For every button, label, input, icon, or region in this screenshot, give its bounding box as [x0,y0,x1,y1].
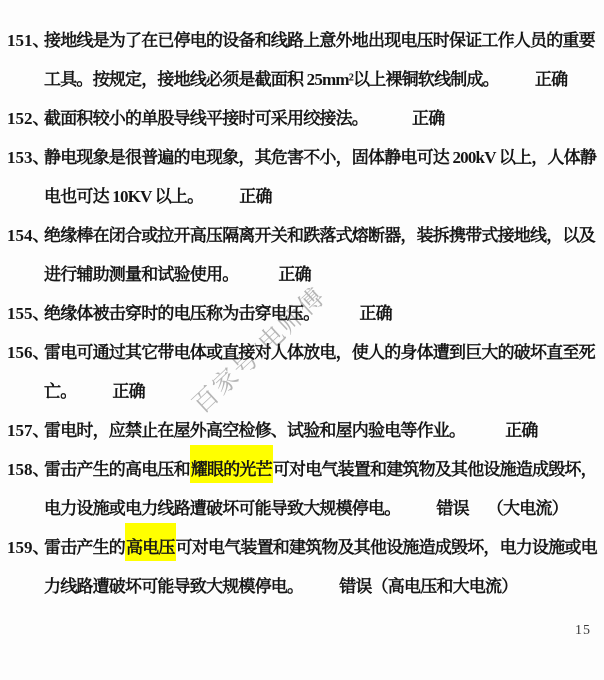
question-item: 151、接地线是为了在已停电的设备和线路上意外地出现电压时保证工作人员的重要工具… [0,21,604,99]
question-line: 154、绝缘棒在闭合或拉开高压隔离开关和跌落式熔断器，装拆携带式接地线，以及 [44,216,604,255]
question-text: 进行辅助测量和试验使用。 [44,265,238,284]
question-line: 151、接地线是为了在已停电的设备和线路上意外地出现电压时保证工作人员的重要 [44,21,604,60]
answer-text: 正确 [112,382,144,401]
question-number: 153、 [7,138,50,177]
question-text: 接地线是为了在已停电的设备和线路上意外地出现电压时保证工作人员的重要 [44,31,595,50]
answer-text: 正确 [239,187,271,206]
question-text: 可对电气装置和建筑物及其他设施造成毁坏， [273,460,597,479]
question-line: 152、截面积较小的单股导线平接时可采用绞接法。正确 [44,99,604,138]
question-text: 工具。按规定，接地线必须是截面积 25mm²以上裸铜软线制成。 [44,70,499,89]
question-text: 电力设施或电力线路遭破坏可能导致大规模停电。 [44,499,400,518]
question-text: 绝缘体被击穿时的电压称为击穿电压。 [44,304,319,323]
question-text: 雷击产生的 [44,538,125,557]
answer-text: 错误（高电压和大电流） [339,577,517,596]
answer-text: 正确 [412,109,444,128]
question-line: 153、静电现象是很普遍的电现象，其危害不小，固体静电可达 200kV 以上，人… [44,138,604,177]
question-number: 154、 [7,216,50,255]
question-number: 158、 [7,450,50,489]
question-number: 157、 [7,411,50,450]
question-item: 155、绝缘体被击穿时的电压称为击穿电压。正确 [0,294,604,333]
question-item: 153、静电现象是很普遍的电现象，其危害不小，固体静电可达 200kV 以上，人… [0,138,604,216]
answer-text: 正确 [359,304,391,323]
question-text: 静电现象是很普遍的电现象，其危害不小，固体静电可达 200kV 以上，人体静 [44,148,596,167]
question-line: 进行辅助测量和试验使用。正确 [44,255,604,294]
answer-text: 错误 [436,499,468,518]
question-item: 156、雷电可通过其它带电体或直接对人体放电，使人的身体遭到巨大的破坏直至死亡。… [0,333,604,411]
question-line: 力线路遭破坏可能导致大规模停电。错误（高电压和大电流） [44,567,604,606]
answer-text: （大电流） [487,499,568,518]
question-line: 亡。正确 [44,372,604,411]
question-number: 151、 [7,21,50,60]
question-line: 158、雷击产生的高电压和耀眼的光芒可对电气装置和建筑物及其他设施造成毁坏， [44,450,604,489]
question-item: 154、绝缘棒在闭合或拉开高压隔离开关和跌落式熔断器，装拆携带式接地线，以及进行… [0,216,604,294]
question-text: 电也可达 10KV 以上。 [44,187,203,206]
question-item: 159、雷击产生的高电压可对电气装置和建筑物及其他设施造成毁坏，电力设施或电力线… [0,528,604,606]
question-text: 雷电可通过其它带电体或直接对人体放电，使人的身体遭到巨大的破坏直至死 [44,343,595,362]
question-text: 亡。 [44,382,76,401]
question-number: 152、 [7,99,50,138]
question-text: 雷电时，应禁止在屋外高空检修、试验和屋内验电等作业。 [44,421,465,440]
document-page: 百家号/电师傅 151、接地线是为了在已停电的设备和线路上意外地出现电压时保证工… [0,0,604,680]
answer-text: 正确 [278,265,310,284]
question-text: 雷击产生的高电压和 [44,460,190,479]
question-text: 力线路遭破坏可能导致大规模停电。 [44,577,303,596]
question-text: 绝缘棒在闭合或拉开高压隔离开关和跌落式熔断器，装拆携带式接地线，以及 [44,226,595,245]
question-text: 截面积较小的单股导线平接时可采用绞接法。 [44,109,368,128]
answer-text: 正确 [535,70,567,89]
question-line: 156、雷电可通过其它带电体或直接对人体放电，使人的身体遭到巨大的破坏直至死 [44,333,604,372]
question-number: 155、 [7,294,50,333]
answer-text: 正确 [505,421,537,440]
question-list: 151、接地线是为了在已停电的设备和线路上意外地出现电压时保证工作人员的重要工具… [0,21,604,606]
question-line: 159、雷击产生的高电压可对电气装置和建筑物及其他设施造成毁坏，电力设施或电 [44,528,604,567]
question-line: 电也可达 10KV 以上。正确 [44,177,604,216]
question-number: 156、 [7,333,50,372]
question-text: 可对电气装置和建筑物及其他设施造成毁坏，电力设施或电 [176,538,597,557]
highlighted-text: 高电压 [125,523,176,561]
question-item: 157、雷电时，应禁止在屋外高空检修、试验和屋内验电等作业。正确 [0,411,604,450]
question-item: 158、雷击产生的高电压和耀眼的光芒可对电气装置和建筑物及其他设施造成毁坏，电力… [0,450,604,528]
question-number: 159、 [7,528,50,567]
question-item: 152、截面积较小的单股导线平接时可采用绞接法。正确 [0,99,604,138]
question-line: 155、绝缘体被击穿时的电压称为击穿电压。正确 [44,294,604,333]
page-number: 15 [575,623,591,639]
question-line: 157、雷电时，应禁止在屋外高空检修、试验和屋内验电等作业。正确 [44,411,604,450]
highlighted-text: 耀眼的光芒 [190,445,273,483]
question-line: 工具。按规定，接地线必须是截面积 25mm²以上裸铜软线制成。正确 [44,60,604,99]
